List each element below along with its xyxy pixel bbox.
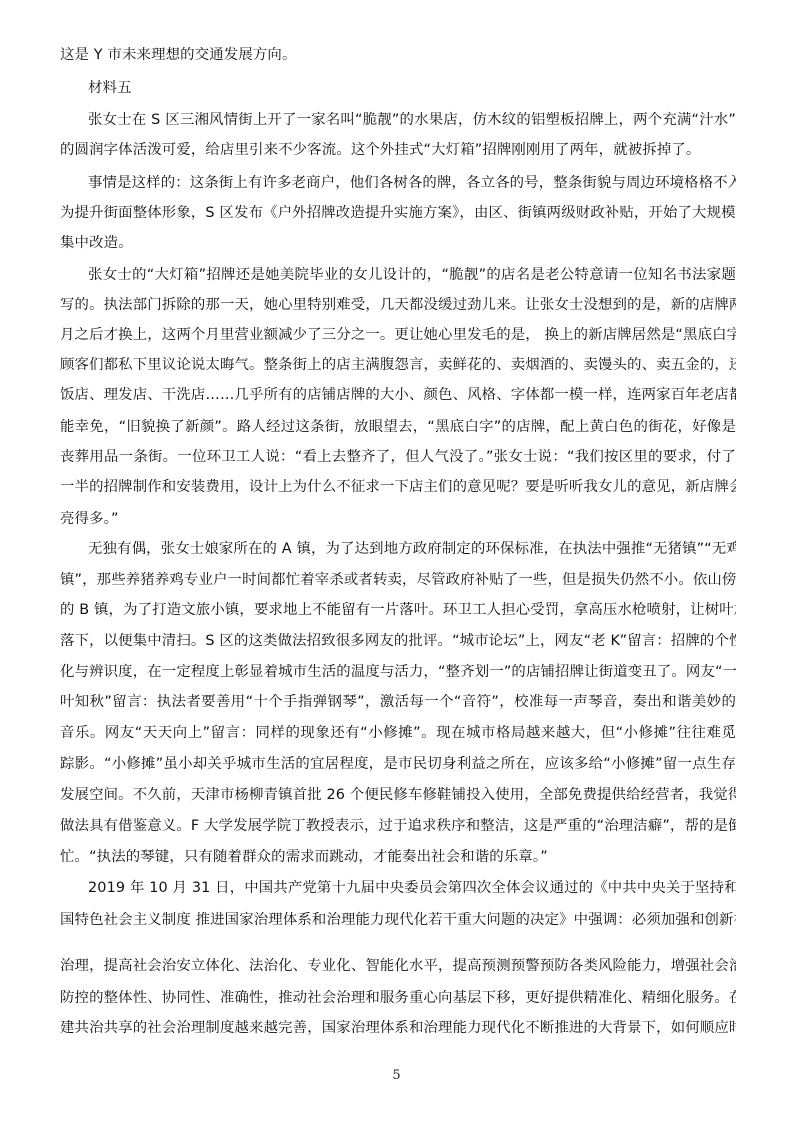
text-line: 忙。“执法的琴键，只有随着群众的需求而跳动，才能奏出社会和谐的乐章。” [60,847,736,867]
text-line: 写的。执法部门拆除的那一天，她心里特别难受，几天都没缓过劲儿来。让张女士没想到的… [60,295,736,315]
text-line: 无独有偶，张女士娘家所在的 A 镇，为了达到地方政府制定的环保标准，在执法中强推… [88,539,736,559]
text-line: 集中改造。 [60,233,736,253]
text-line: 发展空间。不久前，天津市杨柳青镇首批 26 个便民修车修鞋铺投入使用，全部免费提… [60,785,736,805]
text-line: 镇”，那些养猪养鸡专业户一时间都忙着宰杀或者转卖，尽管政府补贴了一些，但是损失仍… [60,570,736,590]
text-line: 2019 年 10 月 31 日，中国共产党第十九届中央委员会第四次全体会议通过… [88,878,736,898]
text-line: 丧葬用品一条街。一位环卫工人说：“看上去整齐了，但人气没了。”张女士说：“我们按… [60,447,736,467]
text-line: 月之后才换上，这两个月里营业额减少了三分之一。更让她心里发毛的是， 换上的新店牌… [60,325,736,345]
text-line: 做法具有借鉴意义。F 大学发展学院丁教授表示，过于追求秩序和整洁，这是严重的“治… [60,816,736,836]
text-line: 的圆润字体活泼可爱，给店里引来不少客流。这个外挂式“大灯箱”招牌刚刚用了两年，就… [60,140,736,160]
text-line: 防控的整体性、协同性、准确性，推动社会治理和服务重心向基层下移，更好提供精准化、… [60,988,736,1008]
text-line: 亮得多。” [60,509,736,529]
text-line: 张女士在 S 区三湘风情街上开了一家名叫“脆靓”的水果店，仿木纹的铝塑板招牌上，… [88,110,736,130]
text-line: 踪影。“小修摊”虽小却关乎城市生活的宜居程度，是市民切身利益之所在，应该多给“小… [60,754,736,774]
document-page: 这是 Y 市未来理想的交通发展方向。材料五张女士在 S 区三湘风情街上开了一家名… [0,0,793,1121]
page-number: 5 [0,1068,793,1083]
text-line: 落下，以便集中清扫。S 区的这类做法招致很多网友的批评。“城市论坛”上，网友“老… [60,631,736,651]
text-line: 顾客们都私下里议论说太晦气。整条街上的店主满腹怨言，卖鲜花的、卖烟酒的、卖馒头的… [60,355,736,375]
text-line: 化与辨识度，在一定程度上彰显着城市生活的温度与活力，“整齐划一”的店铺招牌让街道… [60,662,736,682]
text-line: 这是 Y 市未来理想的交通发展方向。 [60,45,736,65]
text-line: 一半的招牌制作和安装费用，设计上为什么不征求一下店主们的意见呢？要是听听我女儿的… [60,477,736,497]
text-line: 治理，提高社会治安立体化、法治化、专业化、智能化水平，提高预测预警预防各类风险能… [60,956,736,976]
text-line: 的 B 镇，为了打造文旅小镇，要求地上不能留有一片落叶。环卫工人担心受罚，拿高压… [60,600,736,620]
text-line: 能幸免，“旧貌换了新颜”。路人经过这条街，放眼望去，“黑底白字”的店牌，配上黄白… [60,417,736,437]
text-line: 为提升街面整体形象，S 区发布《户外招牌改造提升实施方案》，由区、街镇两级财政补… [60,203,736,223]
text-line: 材料五 [88,78,736,98]
text-line: 建共治共享的社会治理制度越来越完善，国家治理体系和治理能力现代化不断推进的大背景… [60,1018,736,1038]
text-line: 叶知秋”留言：执法者要善用“十个手指弹钢琴”，激活每一个“音符”，校准每一声琴音… [60,692,736,712]
text-line: 事情是这样的：这条街上有许多老商户，他们各树各的牌，各立各的号，整条街貌与周边环… [88,173,736,193]
text-line: 国特色社会主义制度 推进国家治理体系和治理能力现代化若干重大问题的决定》中强调：… [60,910,736,930]
text-line: 饭店、理发店、干洗店……几乎所有的店铺店牌的大小、颜色、风格、字体都一模一样，连… [60,385,736,405]
text-line: 张女士的“大灯箱”招牌还是她美院毕业的女儿设计的，“脆靓”的店名是老公特意请一位… [88,265,736,285]
text-line: 音乐。网友“天天向上”留言：同样的现象还有“小修摊”。现在城市格局越来越大，但“… [60,723,736,743]
